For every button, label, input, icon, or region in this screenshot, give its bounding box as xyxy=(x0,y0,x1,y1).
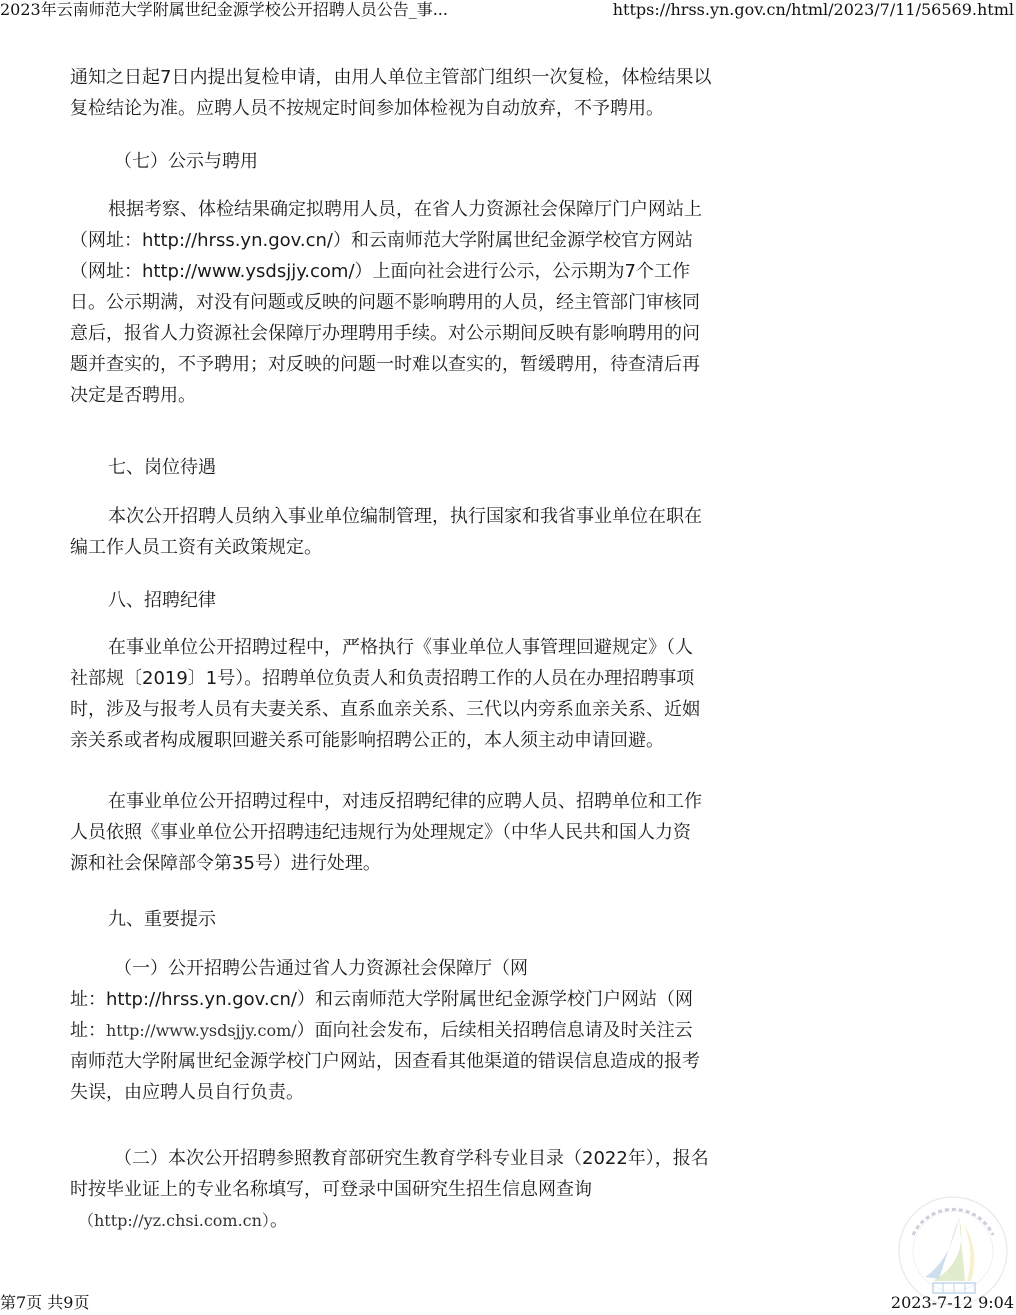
paragraph-publicity: 根据考察、体检结果确定拟聘用人员，在省人力资源社会保障厅门户网站上 （网址：ht… xyxy=(70,194,730,411)
section-heading-text: 七、岗位待遇 xyxy=(70,452,730,483)
text-line: 日。公示期满，对没有问题或反映的问题不影响聘用的人员，经主管部门审核同 xyxy=(70,287,730,318)
print-header-url: https://hrss.yn.gov.cn/html/2023/7/11/56… xyxy=(613,0,1014,20)
section-heading-discipline: 八、招聘纪律 xyxy=(70,585,730,616)
text-line: 人员依照《事业单位公开招聘违纪违规行为处理规定》（中华人民共和国人力资 xyxy=(70,817,730,848)
print-footer: 第7页 共9页 2023-7-12 9:04 xyxy=(0,1291,1016,1315)
text-line: 在事业单位公开招聘过程中，对违反招聘纪律的应聘人员、招聘单位和工作 xyxy=(70,786,730,817)
text-line: 源和社会保障部令第35号）进行处理。 xyxy=(70,848,730,879)
print-header-title: 2023年云南师范大学附属世纪金源学校公开招聘人员公告_事... xyxy=(0,0,448,20)
text-line: （网址：http://www.ysdsjjy.com/）上面向社会进行公示，公示… xyxy=(70,256,730,287)
chsi-website-link[interactable]: （http://yz.chsi.com.cn） xyxy=(78,1211,270,1230)
print-datetime: 2023-7-12 9:04 xyxy=(891,1293,1014,1313)
section-heading-notes: 九、重要提示 xyxy=(70,904,730,935)
text-line: 南师范大学附属世纪金源学校门户网站，因查看其他渠道的错误信息造成的报考 xyxy=(70,1046,730,1077)
text-line: 在事业单位公开招聘过程中，严格执行《事业单位人事管理回避规定》（人 xyxy=(70,632,730,663)
text-line: 时按毕业证上的专业名称填写，可登录中国研究生招生信息网查询 xyxy=(70,1174,730,1205)
paragraph-notice-channels: （一）公开招聘公告通过省人力资源社会保障厅（网 址：http://hrss.yn… xyxy=(70,953,730,1108)
paragraph-violations: 在事业单位公开招聘过程中，对违反招聘纪律的应聘人员、招聘单位和工作 人员依照《事… xyxy=(70,786,730,879)
text-line: 编工作人员工资有关政策规定。 xyxy=(70,532,730,563)
paragraph-salary: 本次公开招聘人员纳入事业单位编制管理，执行国家和我省事业单位在职在 编工作人员工… xyxy=(70,501,730,563)
paragraph-avoidance: 在事业单位公开招聘过程中，严格执行《事业单位人事管理回避规定》（人 社部规〔20… xyxy=(70,632,730,756)
text-line: 址：http://hrss.yn.gov.cn/）和云南师范大学附属世纪金源学校… xyxy=(70,984,730,1015)
text-line: 址：http://www.ysdsjjy.com/）面向社会发布，后续相关招聘信… xyxy=(70,1015,730,1046)
subheading-text: （七）公示与聘用 xyxy=(70,146,730,177)
school-website-link[interactable]: http://www.ysdsjjy.com/ xyxy=(106,1021,297,1040)
text-line: 意后，报省人力资源社会保障厅办理聘用手续。对公示期间反映有影响聘用的问 xyxy=(70,318,730,349)
paragraph-major-catalog: （二）本次公开招聘参照教育部研究生教育学科专业目录（2022年），报名 时按毕业… xyxy=(70,1143,730,1236)
text-line: 本次公开招聘人员纳入事业单位编制管理，执行国家和我省事业单位在职在 xyxy=(70,501,730,532)
text-line: 复检结论为准。应聘人员不按规定时间参加体检视为自动放弃，不予聘用。 xyxy=(70,93,730,124)
section-heading-salary: 七、岗位待遇 xyxy=(70,452,730,483)
section-heading-text: 九、重要提示 xyxy=(70,904,730,935)
text-line: 失误，由应聘人员自行负责。 xyxy=(70,1077,730,1108)
text-line: 决定是否聘用。 xyxy=(70,380,730,411)
subheading-publicity: （七）公示与聘用 xyxy=(70,146,730,177)
paragraph-recheck: 通知之日起7日内提出复检申请，由用人单位主管部门组织一次复检，体检结果以 复检结… xyxy=(70,62,730,124)
text-line: 题并查实的，不予聘用；对反映的问题一时难以查实的，暂缓聘用，待查清后再 xyxy=(70,349,730,380)
text-fragment: 。 xyxy=(270,1210,288,1231)
print-header: 2023年云南师范大学附属世纪金源学校公开招聘人员公告_事... https:/… xyxy=(0,0,1016,22)
text-line: 通知之日起7日内提出复检申请，由用人单位主管部门组织一次复检，体检结果以 xyxy=(70,62,730,93)
text-fragment: ）面向社会发布，后续相关招聘信息请及时关注云 xyxy=(297,1020,693,1041)
text-line: 亲关系或者构成履职回避关系可能影响招聘公正的，本人须主动申请回避。 xyxy=(70,725,730,756)
text-line: （http://yz.chsi.com.cn）。 xyxy=(70,1205,730,1236)
text-fragment: 址： xyxy=(70,1020,106,1041)
text-line: 社部规〔2019〕1号）。招聘单位负责人和负责招聘工作的人员在办理招聘事项 xyxy=(70,663,730,694)
section-heading-text: 八、招聘纪律 xyxy=(70,585,730,616)
page-number: 第7页 共9页 xyxy=(0,1293,89,1313)
text-line: （一）公开招聘公告通过省人力资源社会保障厅（网 xyxy=(70,953,730,984)
text-line: 根据考察、体检结果确定拟聘用人员，在省人力资源社会保障厅门户网站上 xyxy=(70,194,730,225)
text-line: 时，涉及与报考人员有夫妻关系、直系血亲关系、三代以内旁系血亲关系、近姻 xyxy=(70,694,730,725)
text-line: （网址：http://hrss.yn.gov.cn/）和云南师范大学附属世纪金源… xyxy=(70,225,730,256)
text-line: （二）本次公开招聘参照教育部研究生教育学科专业目录（2022年），报名 xyxy=(70,1143,730,1174)
